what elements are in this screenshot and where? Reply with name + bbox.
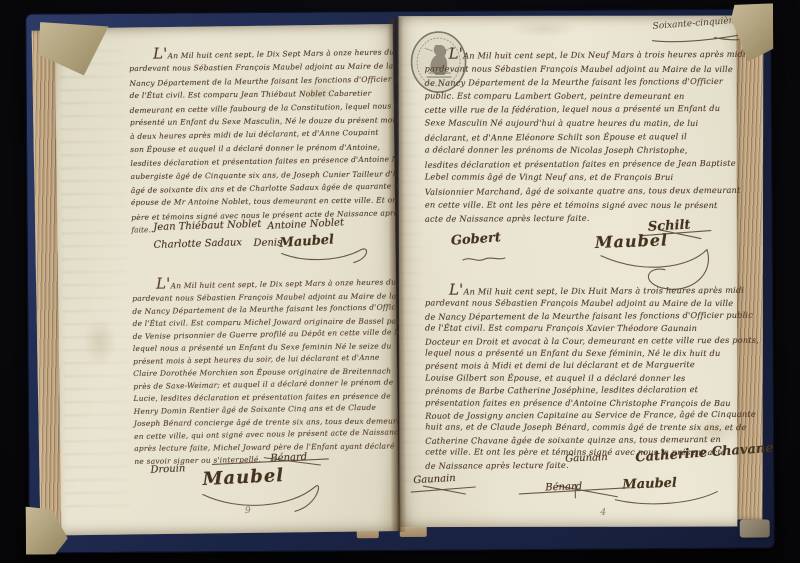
handwritten-line: huit ans, et de Claude Joseph Bénard, co… xyxy=(425,421,737,434)
ink-bleed-through xyxy=(59,42,131,513)
signature-drouin: Drouin xyxy=(150,463,185,476)
handwritten-line: déclarant, et d'Anne Eléonore Schilt son… xyxy=(425,129,737,144)
handwritten-line: cette ville rue de la fédération, lequel… xyxy=(425,102,737,117)
signature-antoine-noblet: Antoine Noblet xyxy=(267,217,344,232)
handwritten-line: a déclaré donner les prénoms de Nicolas … xyxy=(425,144,737,158)
paper-stain xyxy=(508,20,578,38)
leather-corner-bottom-right xyxy=(740,519,770,537)
signature-denis: Denis xyxy=(253,237,282,248)
handwritten-line: L'An Mil huit cent sept, le Dix Neuf Mar… xyxy=(425,46,737,63)
handwritten-line: de Nancy Département de la Meurthe faisa… xyxy=(425,75,737,90)
signature-jean-thiebaut-noblet: Jean Thiébaut Noblet xyxy=(153,219,261,233)
handwritten-line: présent mois à Midi et demi de lui décla… xyxy=(425,358,737,372)
signature-flourish xyxy=(613,488,723,508)
birth-act-gaunain: L'An Mil huit cent sept, le Dix Huit Mar… xyxy=(425,283,737,472)
register-book: L'An Mil huit cent sept, le Dix Sept Mar… xyxy=(26,9,774,552)
right-page: Soixante-cinquième L'An Mil huit cent se… xyxy=(398,16,737,528)
handwritten-line: en cette ville. Et ont les père et témoi… xyxy=(425,198,737,212)
signature-flourish xyxy=(280,242,372,269)
signature-paraph-squiggle xyxy=(461,254,507,264)
paper-stain xyxy=(82,318,117,366)
handwritten-line: de l'État civil. Est comparu François Xa… xyxy=(425,322,737,335)
signature-flourish xyxy=(199,477,330,519)
birth-act-gobert: L'An Mil huit cent sept, le Dix Neuf Mar… xyxy=(425,47,737,226)
signature-gobert: Gobert xyxy=(450,230,501,249)
handwritten-line: Lebel commis âgé de Vingt Neuf ans, et d… xyxy=(425,171,737,185)
paraph-mark: 4 xyxy=(600,508,606,518)
handwritten-line: pardevant nous Sébastien François Maubel… xyxy=(425,297,737,310)
paraph-mark: 9 xyxy=(245,506,251,516)
handwritten-line: Sexe Masculin Né aujourd'hui à quatre he… xyxy=(425,117,737,131)
closing-word: faite. xyxy=(131,225,151,234)
birth-act-joward: L'An Mil huit cent sept, le Dix sept Mar… xyxy=(132,274,402,468)
handwritten-line: Valsionnier Marchand, âgé de soixante qu… xyxy=(425,184,737,199)
signature-gaunain: Gaunain xyxy=(565,452,608,465)
signature-strike-flourish xyxy=(409,484,479,496)
signature-charlotte-sadaux: Charlotte Sadaux xyxy=(153,237,242,251)
left-page: L'An Mil huit cent sept, le Dix Sept Mar… xyxy=(55,24,400,535)
photograph-of-civil-register: L'An Mil huit cent sept, le Dix Sept Mar… xyxy=(0,0,800,563)
handwritten-line: prénoms de Barbe Catherine Joséphine, le… xyxy=(425,383,737,397)
birth-act-noblet: L'An Mil huit cent sept, le Dix Sept Mar… xyxy=(129,44,395,224)
